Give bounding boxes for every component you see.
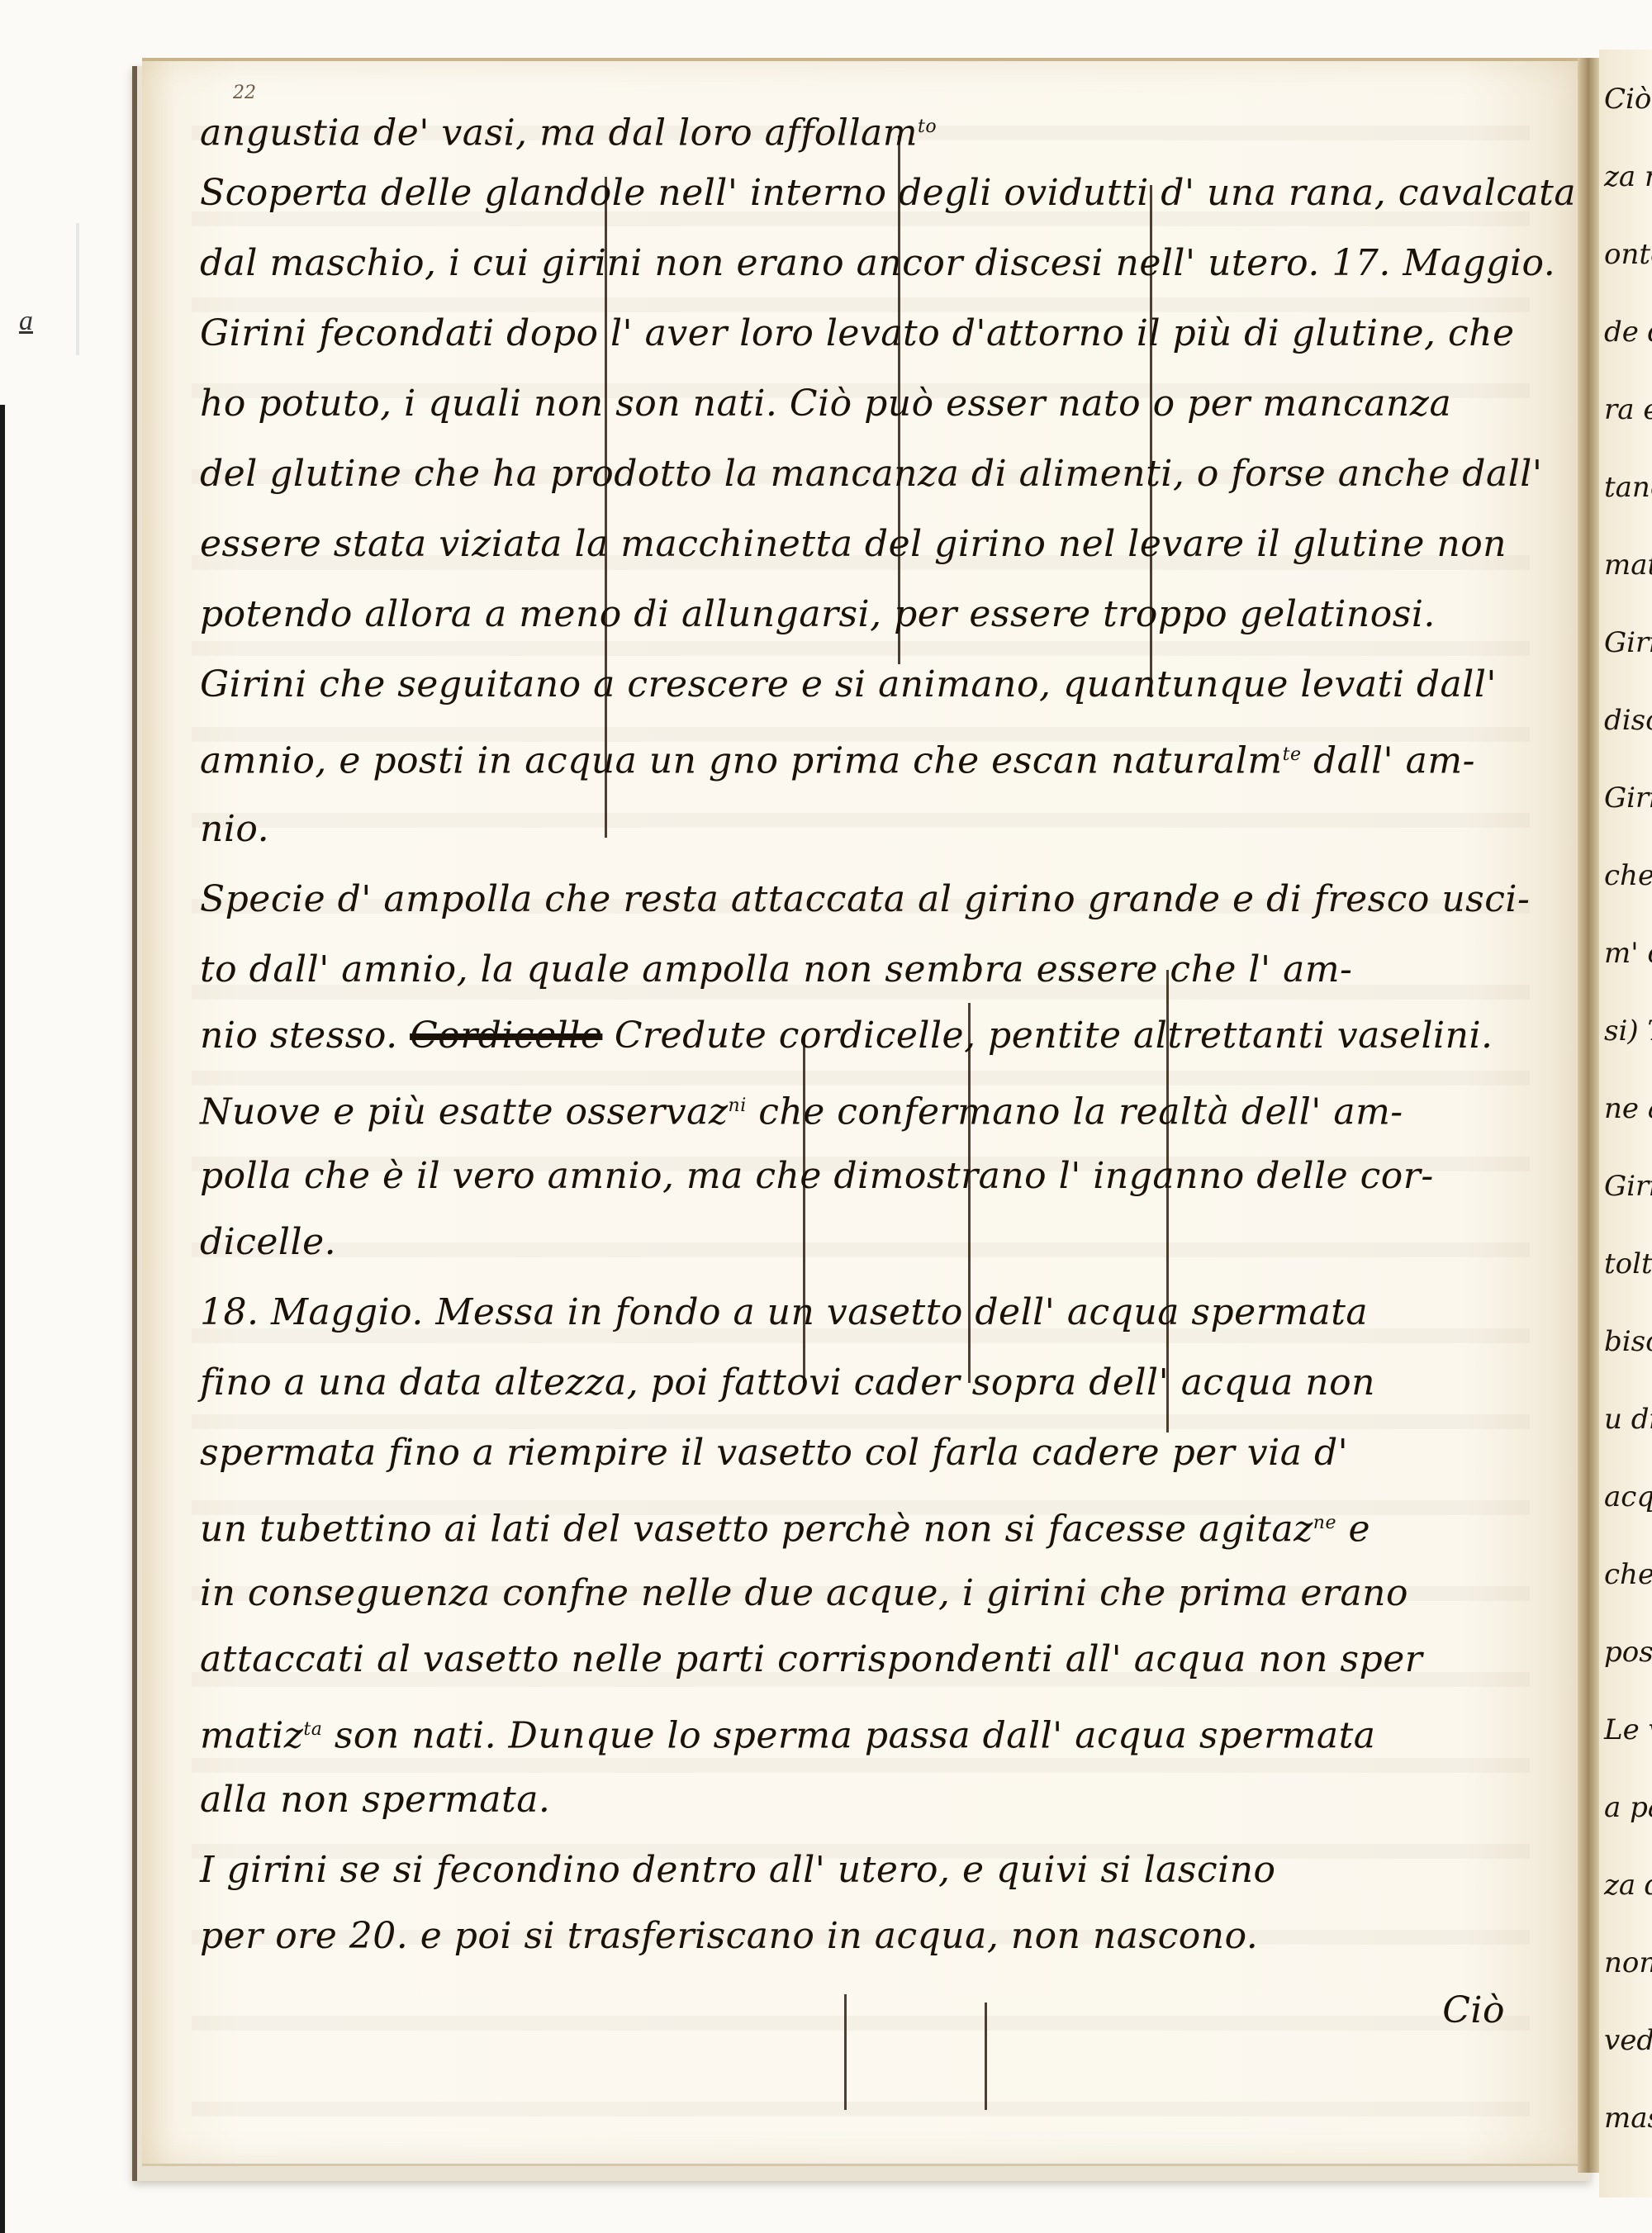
facing-page-line: Ciò qu — [1604, 83, 1652, 116]
line-text: nio. — [200, 808, 269, 850]
line-text: spermata fino a riempire il vasetto col … — [200, 1432, 1348, 1474]
cancel-stroke — [844, 1994, 847, 2110]
manuscript-line: polla che è il vero amnio, ma che dimost… — [200, 1152, 1563, 1201]
facing-page-line: Girini — [1604, 1170, 1652, 1203]
facing-page-line: za nel — [1604, 160, 1652, 193]
margin-rule — [76, 223, 79, 355]
line-text: angustia de' vasi, ma dal loro affollam — [200, 112, 918, 154]
facing-page-line: si) T — [1604, 1014, 1652, 1048]
facing-page-line: m' co — [1604, 937, 1652, 970]
facing-page-line: tancad — [1604, 471, 1652, 504]
manuscript-line: I girini se si fecondino dentro all' ute… — [200, 1846, 1563, 1895]
manuscript-line: essere stata viziata la macchinetta del … — [200, 520, 1563, 569]
facing-page-line: Le van — [1604, 1713, 1652, 1746]
superscript-abbrev: to — [918, 116, 937, 137]
line-text: matiz — [200, 1715, 303, 1757]
line-text: alla non spermata. — [200, 1779, 550, 1821]
facing-page-line: ne aeq — [1604, 1092, 1652, 1125]
manuscript-line: alla non spermata. — [200, 1775, 1563, 1825]
margin-fragment: a — [0, 306, 33, 337]
line-text: un tubettino ai lati del vasetto perchè … — [200, 1508, 1313, 1551]
line-text: dal maschio, i cui girini non erano anco… — [200, 242, 1555, 284]
line-text: nio stesso. — [200, 1014, 398, 1057]
facing-page-line: a parb — [1604, 1791, 1652, 1824]
facing-page-line: tolte — [1604, 1247, 1652, 1280]
line-text: amnio, e posti in acqua un gno prima che… — [200, 740, 1283, 782]
facing-page-line: vedata — [1604, 2024, 1652, 2057]
line-text-continued: Credute cordicelle, pentite altrettanti … — [602, 1014, 1493, 1057]
manuscript-line: per ore 20. e poi si trasferiscano in ac… — [200, 1912, 1563, 1961]
superscript-abbrev: ta — [303, 1719, 322, 1740]
manuscript-line: angustia de' vasi, ma dal loro affollamt… — [200, 102, 1563, 159]
superscript-abbrev: ni — [729, 1095, 747, 1116]
facing-page-line: maschio — [1604, 2102, 1652, 2135]
manuscript-line: Ciò — [1442, 1986, 1505, 2036]
facing-page-line: non b — [1604, 1946, 1652, 1979]
facing-page-line: matizzh — [1604, 549, 1652, 582]
manuscript-line: nio stesso. Cordicelle Credute cordicell… — [200, 1011, 1563, 1061]
manuscript-line: potendo allora a meno di allungarsi, per… — [200, 590, 1563, 639]
manuscript-book: 22 angustia de' vasi, ma dal loro affoll… — [124, 58, 1652, 2206]
line-text: 18. Maggio. Messa in fondo a un vasetto … — [200, 1291, 1368, 1333]
manuscript-line: Girini che seguitano a crescere e si ani… — [200, 660, 1563, 710]
facing-page-line: che la — [1604, 1558, 1652, 1591]
line-text: Scoperta delle glandole nell' interno de… — [200, 172, 1576, 214]
facing-page-line: Girini — [1604, 626, 1652, 659]
manuscript-line: in conseguenza confne nelle due acque, i… — [200, 1569, 1563, 1618]
line-text: to dall' amnio, la quale ampolla non sem… — [200, 948, 1352, 991]
manuscript-line: matizta son nati. Dunque lo sperma passa… — [200, 1705, 1563, 1761]
manuscript-page: 22 angustia de' vasi, ma dal loro affoll… — [142, 58, 1579, 2166]
manuscript-line: dicelle. — [200, 1218, 1563, 1267]
manuscript-line: attaccati al vasetto nelle parti corrisp… — [200, 1635, 1563, 1684]
manuscript-line: Girini fecondati dopo l' aver loro levat… — [200, 309, 1563, 359]
line-text: ho potuto, i quali non son nati. Ciò può… — [200, 382, 1451, 425]
line-text: attaccati al vasetto nelle parti corrisp… — [200, 1638, 1422, 1680]
line-text: Girini fecondati dopo l' aver loro levat… — [200, 312, 1515, 354]
manuscript-line: Specie d' ampolla che resta attaccata al… — [200, 875, 1563, 924]
facing-page-line: disciolt — [1604, 704, 1652, 737]
manuscript-line: dal maschio, i cui girini non erano anco… — [200, 239, 1563, 288]
manuscript-line: ho potuto, i quali non son nati. Ciò può… — [200, 379, 1563, 429]
facing-page-line: za dell' — [1604, 1869, 1652, 1902]
margin-black-bar — [0, 405, 5, 2233]
facing-page: Ciò quza nelontorde dara etancadmatizzhG… — [1599, 50, 1652, 2197]
line-text-continued: son nati. Dunque lo sperma passa dall' a… — [322, 1715, 1375, 1757]
facing-page-line: bisogne — [1604, 1325, 1652, 1358]
manuscript-line: del glutine che ha prodotto la mancanza … — [200, 449, 1563, 499]
manuscript-line: fino a una data altezza, poi fattovi cad… — [200, 1358, 1563, 1408]
facing-page-line: ontor — [1604, 238, 1652, 271]
manuscript-line: un tubettino ai lati del vasetto perchè … — [200, 1499, 1563, 1555]
line-text-continued: e — [1336, 1508, 1370, 1551]
superscript-abbrev: te — [1283, 744, 1302, 765]
line-text: potendo allora a meno di allungarsi, per… — [200, 593, 1436, 635]
line-text: polla che è il vero amnio, ma che dimost… — [200, 1155, 1434, 1197]
line-text: Specie d' ampolla che resta attaccata al… — [200, 878, 1530, 920]
facing-page-line: de da — [1604, 316, 1652, 349]
manuscript-line: amnio, e posti in acqua un gno prima che… — [200, 730, 1563, 786]
manuscript-line: 18. Maggio. Messa in fondo a un vasetto … — [200, 1288, 1563, 1337]
line-text: del glutine che ha prodotto la mancanza … — [200, 453, 1542, 495]
facing-page-line: posano — [1604, 1636, 1652, 1669]
facing-page-line: acqua — [1604, 1480, 1652, 1513]
folio-number: 22 — [233, 83, 256, 103]
cancel-stroke — [985, 2003, 987, 2110]
manuscript-line: nio. — [200, 805, 1563, 854]
book-gutter — [1578, 58, 1599, 2173]
line-text: dicelle. — [200, 1221, 336, 1263]
line-text-continued: dall' am- — [1302, 740, 1475, 782]
facing-page-line: che de — [1604, 859, 1652, 892]
manuscript-line: Scoperta delle glandole nell' interno de… — [200, 169, 1563, 218]
manuscript-line: Nuove e più esatte osservazni che confer… — [200, 1081, 1563, 1138]
struck-word: Cordicelle — [410, 1014, 602, 1057]
line-text: in conseguenza confne nelle due acque, i… — [200, 1572, 1408, 1614]
line-text: fino a una data altezza, poi fattovi cad… — [200, 1361, 1375, 1404]
facing-page-line: u di a — [1604, 1403, 1652, 1436]
line-text: essere stata viziata la macchinetta del … — [200, 523, 1507, 565]
manuscript-line: to dall' amnio, la quale ampolla non sem… — [200, 945, 1563, 995]
line-text: I girini se si fecondino dentro all' ute… — [200, 1849, 1276, 1891]
line-text-continued: che confermano la realtà dell' am- — [747, 1091, 1403, 1133]
manuscript-line: spermata fino a riempire il vasetto col … — [200, 1428, 1563, 1478]
line-text: Girini che seguitano a crescere e si ani… — [200, 663, 1497, 706]
facing-page-line: ra e — [1604, 393, 1652, 426]
facing-page-line: Girini — [1604, 782, 1652, 815]
line-text: Ciò — [1442, 1989, 1505, 2031]
line-text: Nuove e più esatte osservaz — [200, 1091, 729, 1133]
line-text: per ore 20. e poi si trasferiscano in ac… — [200, 1915, 1258, 1957]
superscript-abbrev: ne — [1313, 1513, 1336, 1533]
